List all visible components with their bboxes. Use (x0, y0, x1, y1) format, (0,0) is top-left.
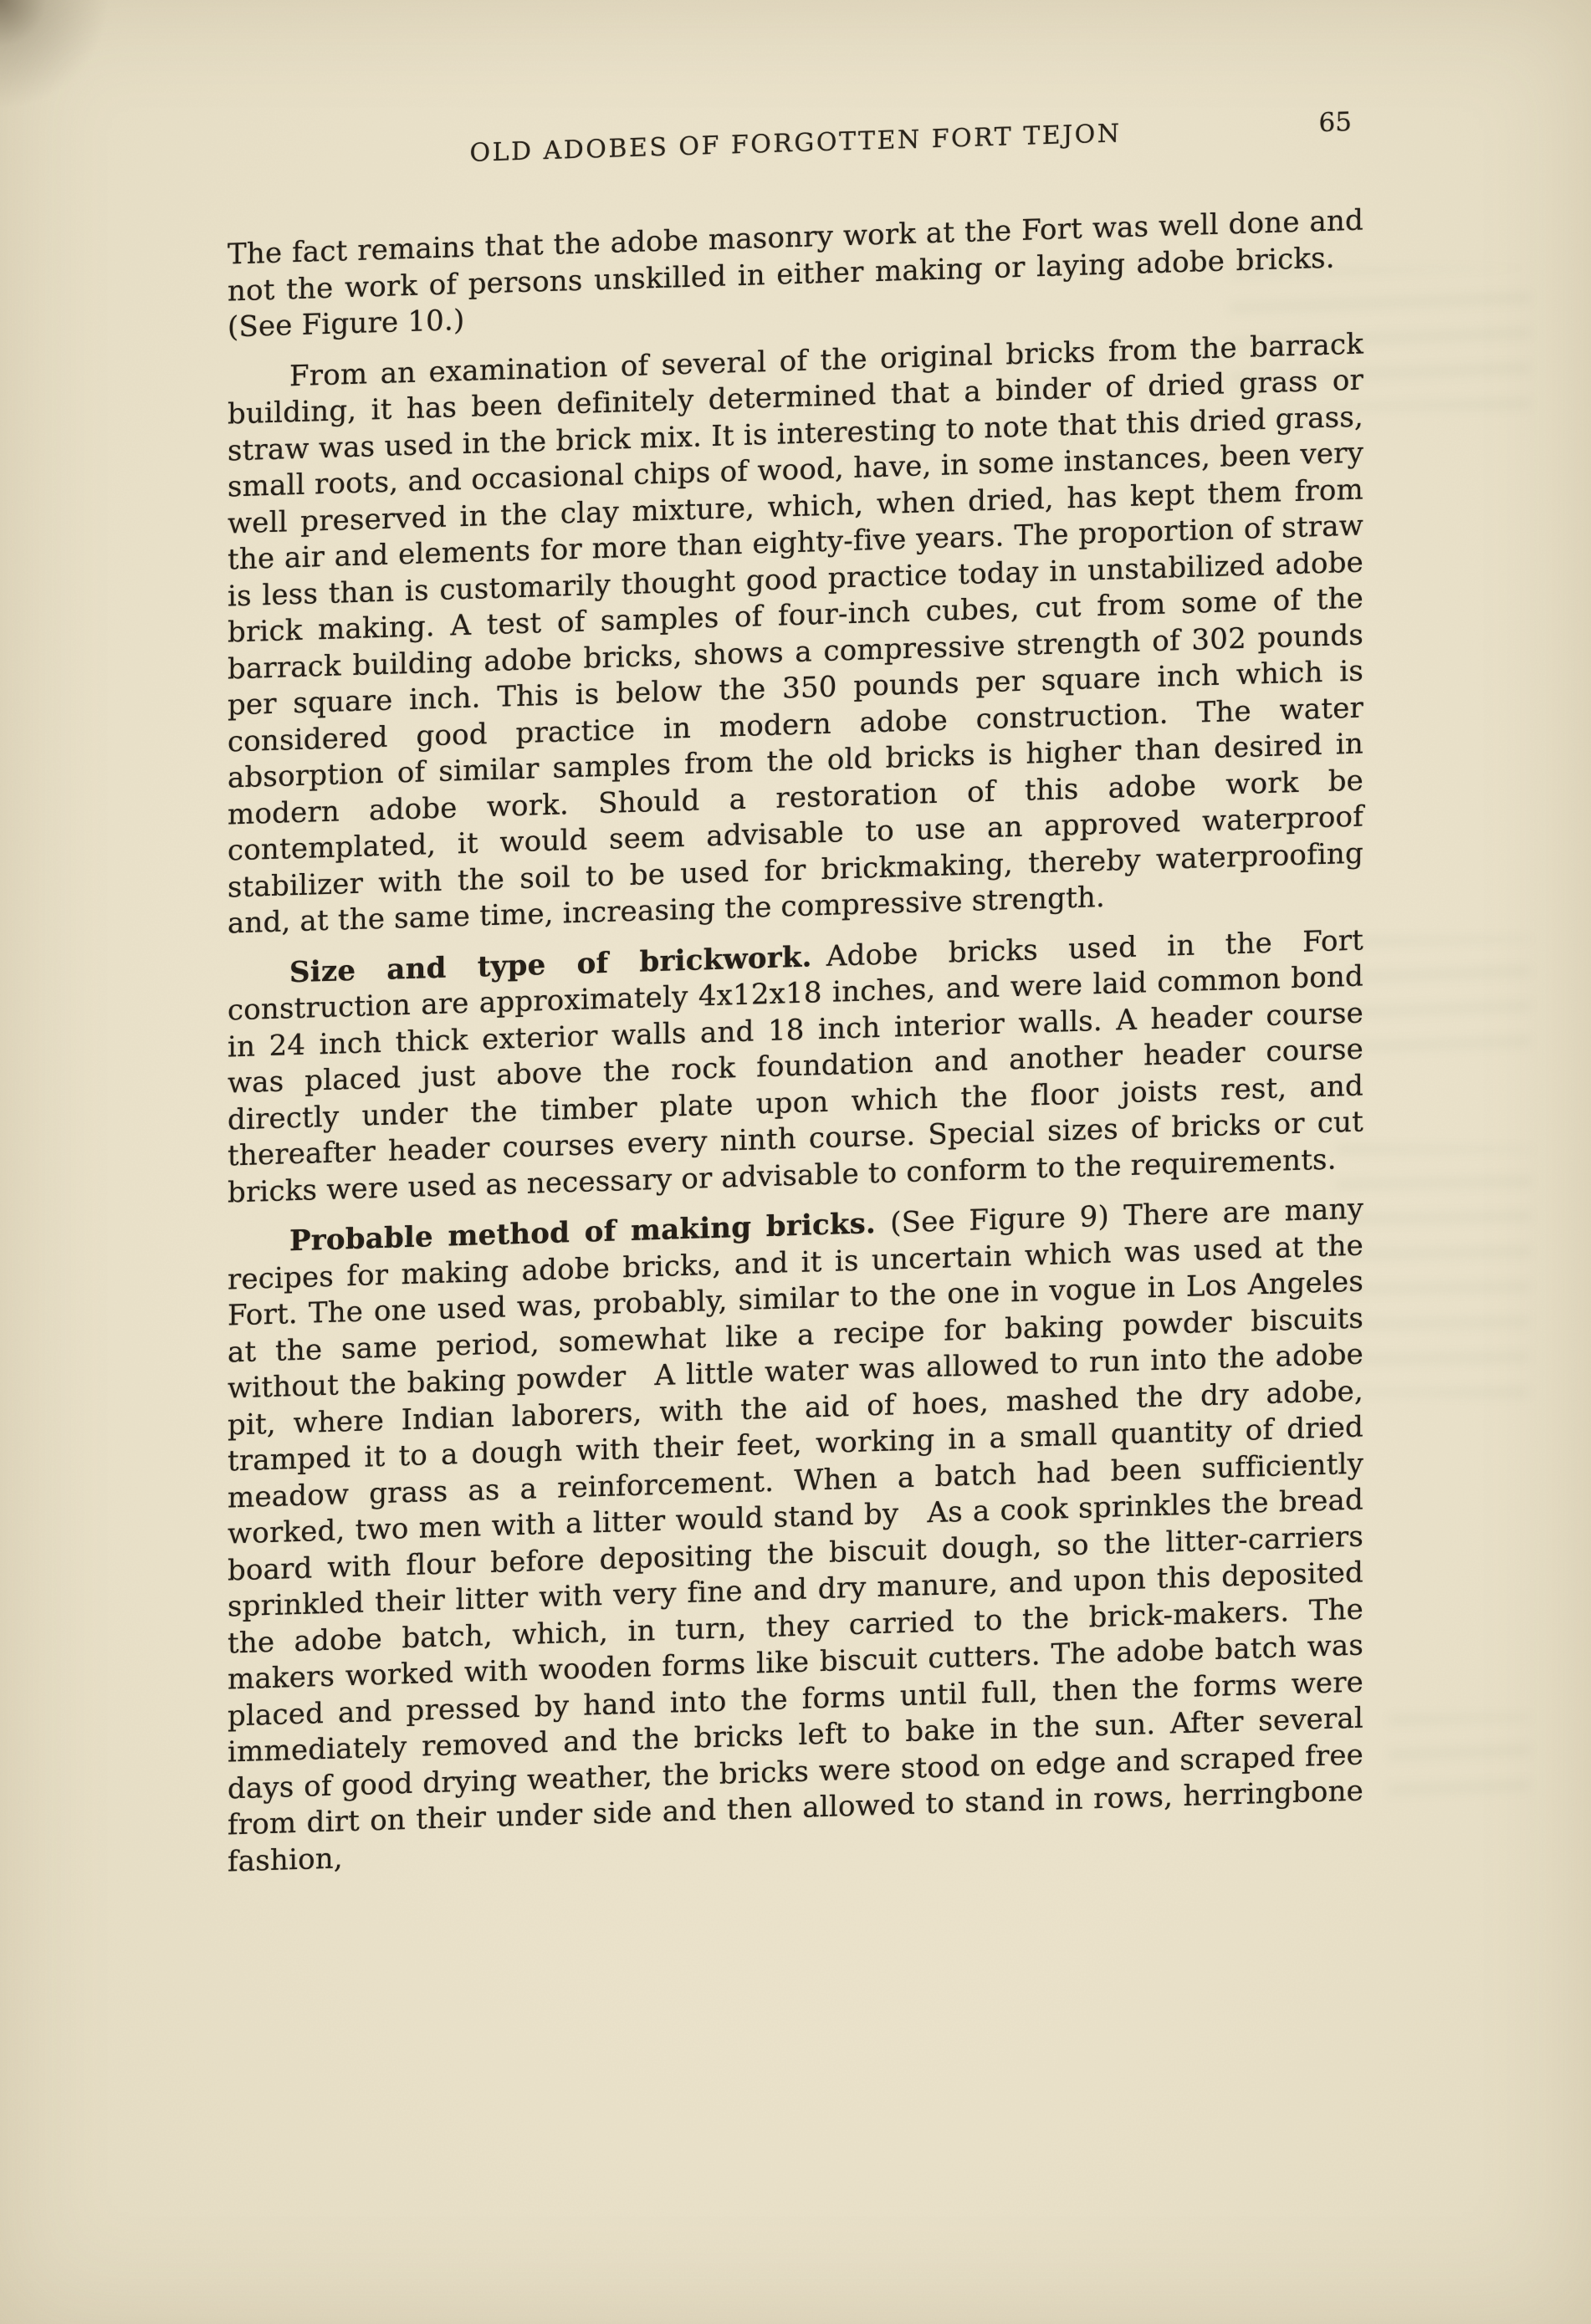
paragraph-probable-method: Probable method of making bricks. (See F… (228, 1191, 1363, 1880)
paragraph-text: From an examination of several of the or… (228, 327, 1363, 941)
bleedthrough-artifact (1347, 937, 1531, 1070)
paragraph-text: The fact remains that the adobe masonry … (228, 203, 1363, 344)
paragraph-intro: The fact remains that the adobe masonry … (228, 202, 1363, 346)
paragraph-size-and-type: Size and type of brickwork. Adobe bricks… (228, 922, 1363, 1212)
running-title: OLD ADOBES OF FORGOTTEN FORT TEJON (469, 119, 1121, 168)
running-header: OLD ADOBES OF FORGOTTEN FORT TEJON 65 (228, 108, 1363, 179)
bleedthrough-artifact (1389, 1714, 1531, 1815)
page-number: 65 (1319, 104, 1352, 141)
page-content: OLD ADOBES OF FORGOTTEN FORT TEJON 65 Th… (228, 108, 1363, 1880)
paragraph-brick-examination: From an examination of several of the or… (228, 326, 1363, 942)
scanned-page: OLD ADOBES OF FORGOTTEN FORT TEJON 65 Th… (0, 0, 1591, 2324)
paragraph-text: (See Figure 9) There are many recipes fo… (228, 1192, 1363, 1878)
